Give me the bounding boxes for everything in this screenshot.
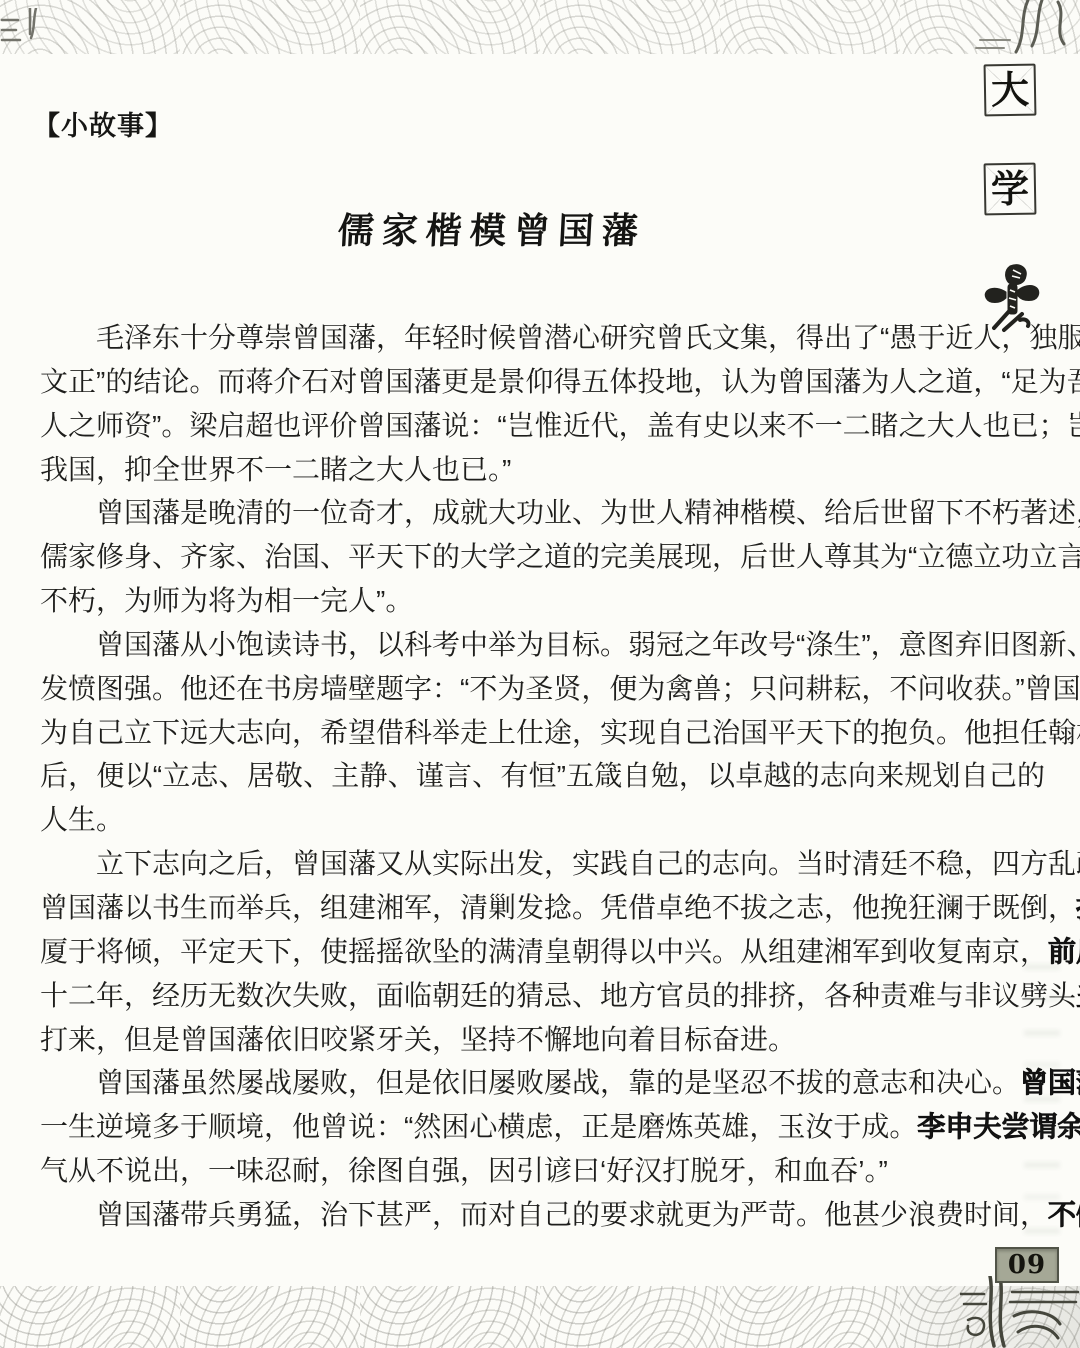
top-border-ornament: [0, 0, 1080, 54]
side-char-box-xue: 学: [984, 163, 1037, 216]
side-char-box-da: 大: [984, 64, 1037, 117]
text-line: 厦于将倾，平定天下，使摇摇欲坠的满清皇朝得以中兴。从组建湘军到收复南京，前后共: [40, 930, 1045, 974]
text-line: 气从不说出，一味忍耐，徐图自强，因引谚曰‘好汉打脱牙，和血吞’。”: [40, 1149, 1045, 1193]
text-line: 曾国藩以书生而举兵，组建湘军，清剿发捻。凭借卓绝不拔之志，他挽狂澜于既倒，扶大: [40, 886, 1045, 930]
bottom-border-ornament: [0, 1286, 1080, 1348]
text-line: 毛泽东十分尊崇曾国藩，年轻时候曾潜心研究曾氏文集，得出了“愚于近人，独服曾: [40, 316, 1045, 360]
article-title: 儒家楷模曾国藩: [337, 203, 648, 254]
text-line: 后，便以“立志、居敬、主静、谨言、有恒”五箴自勉，以卓越的志向来规划自己的: [40, 754, 1045, 798]
text-line: 打来，但是曾国藩依旧咬紧牙关，坚持不懈地向着目标奋进。: [40, 1018, 1045, 1062]
text-line: 曾国藩从小饱读诗书，以科考中举为目标。弱冠之年改号“涤生”，意图弃旧图新、: [40, 623, 1045, 667]
side-char-da: 大: [991, 71, 1030, 110]
text-line: 儒家修身、齐家、治国、平天下的大学之道的完美展现，后世人尊其为“立德立功立言三: [40, 535, 1045, 579]
text-line: 不朽，为师为将为相一完人”。: [40, 579, 1045, 623]
text-line: 发愤图强。他还在书房墙壁题字：“不为圣贤，便为禽兽；只问耕耘，不问收获。”曾国藩: [40, 667, 1045, 711]
bottom-right-border-accent: [960, 1276, 1080, 1348]
series-side-column: 大 学: [984, 64, 1040, 334]
title-row: 儒家楷模曾国藩: [0, 203, 1080, 254]
text-line: 立下志向之后，曾国藩又从实际出发，实践自己的志向。当时清廷不稳，四方乱政，: [40, 842, 1045, 886]
text-line: 曾国藩是晚清的一位奇才，成就大功业、为世人精神楷模、给后世留下不朽著述，是: [40, 491, 1045, 535]
text-line: 人生。: [40, 798, 1045, 842]
text-line: 一生逆境多于顺境，他曾说：“然困心横虑，正是磨炼英雄，玉汝于成。李申夫尝谓余怄: [40, 1105, 1045, 1149]
side-char-xue: 学: [991, 170, 1030, 209]
page-bleed-through: [1024, 950, 1060, 1240]
section-label: 【小故事】: [33, 104, 173, 143]
text-line: 人之师资”。梁启超也评价曾国藩说：“岂惟近代，盖有史以来不一二睹之大人也已；岂惟: [40, 404, 1045, 448]
text-line: 十二年，经历无数次失败，面临朝廷的猜忌、地方官员的排挤，各种责难与非议劈头盖脸: [40, 974, 1045, 1018]
text-line: 我国，抑全世界不一二睹之大人也已。”: [40, 448, 1045, 492]
article-body: 毛泽东十分尊崇曾国藩，年轻时候曾潜心研究曾氏文集，得出了“愚于近人，独服曾文正”…: [40, 316, 1045, 1237]
text-line: 曾国藩虽然屡战屡败，但是依旧屡败屡战，靠的是坚忍不拔的意志和决心。曾国藩这: [40, 1061, 1045, 1105]
text-line: 为自己立下远大志向，希望借科举走上仕途，实现自己治国平天下的抱负。他担任翰林之: [40, 711, 1045, 755]
top-right-border-accent: [970, 0, 1080, 58]
top-left-border-accent: [0, 8, 46, 60]
text-line: 文正”的结论。而蒋介石对曾国藩更是景仰得五体投地，认为曾国藩为人之道，“足为吾: [40, 360, 1045, 404]
book-page: 【小故事】 儒家楷模曾国藩 大 学 毛泽东十: [0, 0, 1080, 1348]
text-line: 曾国藩带兵勇猛，治下甚严，而对自己的要求就更为严苛。他甚少浪费时间，不做无: [40, 1193, 1045, 1237]
page-number-badge: 09: [995, 1247, 1059, 1283]
